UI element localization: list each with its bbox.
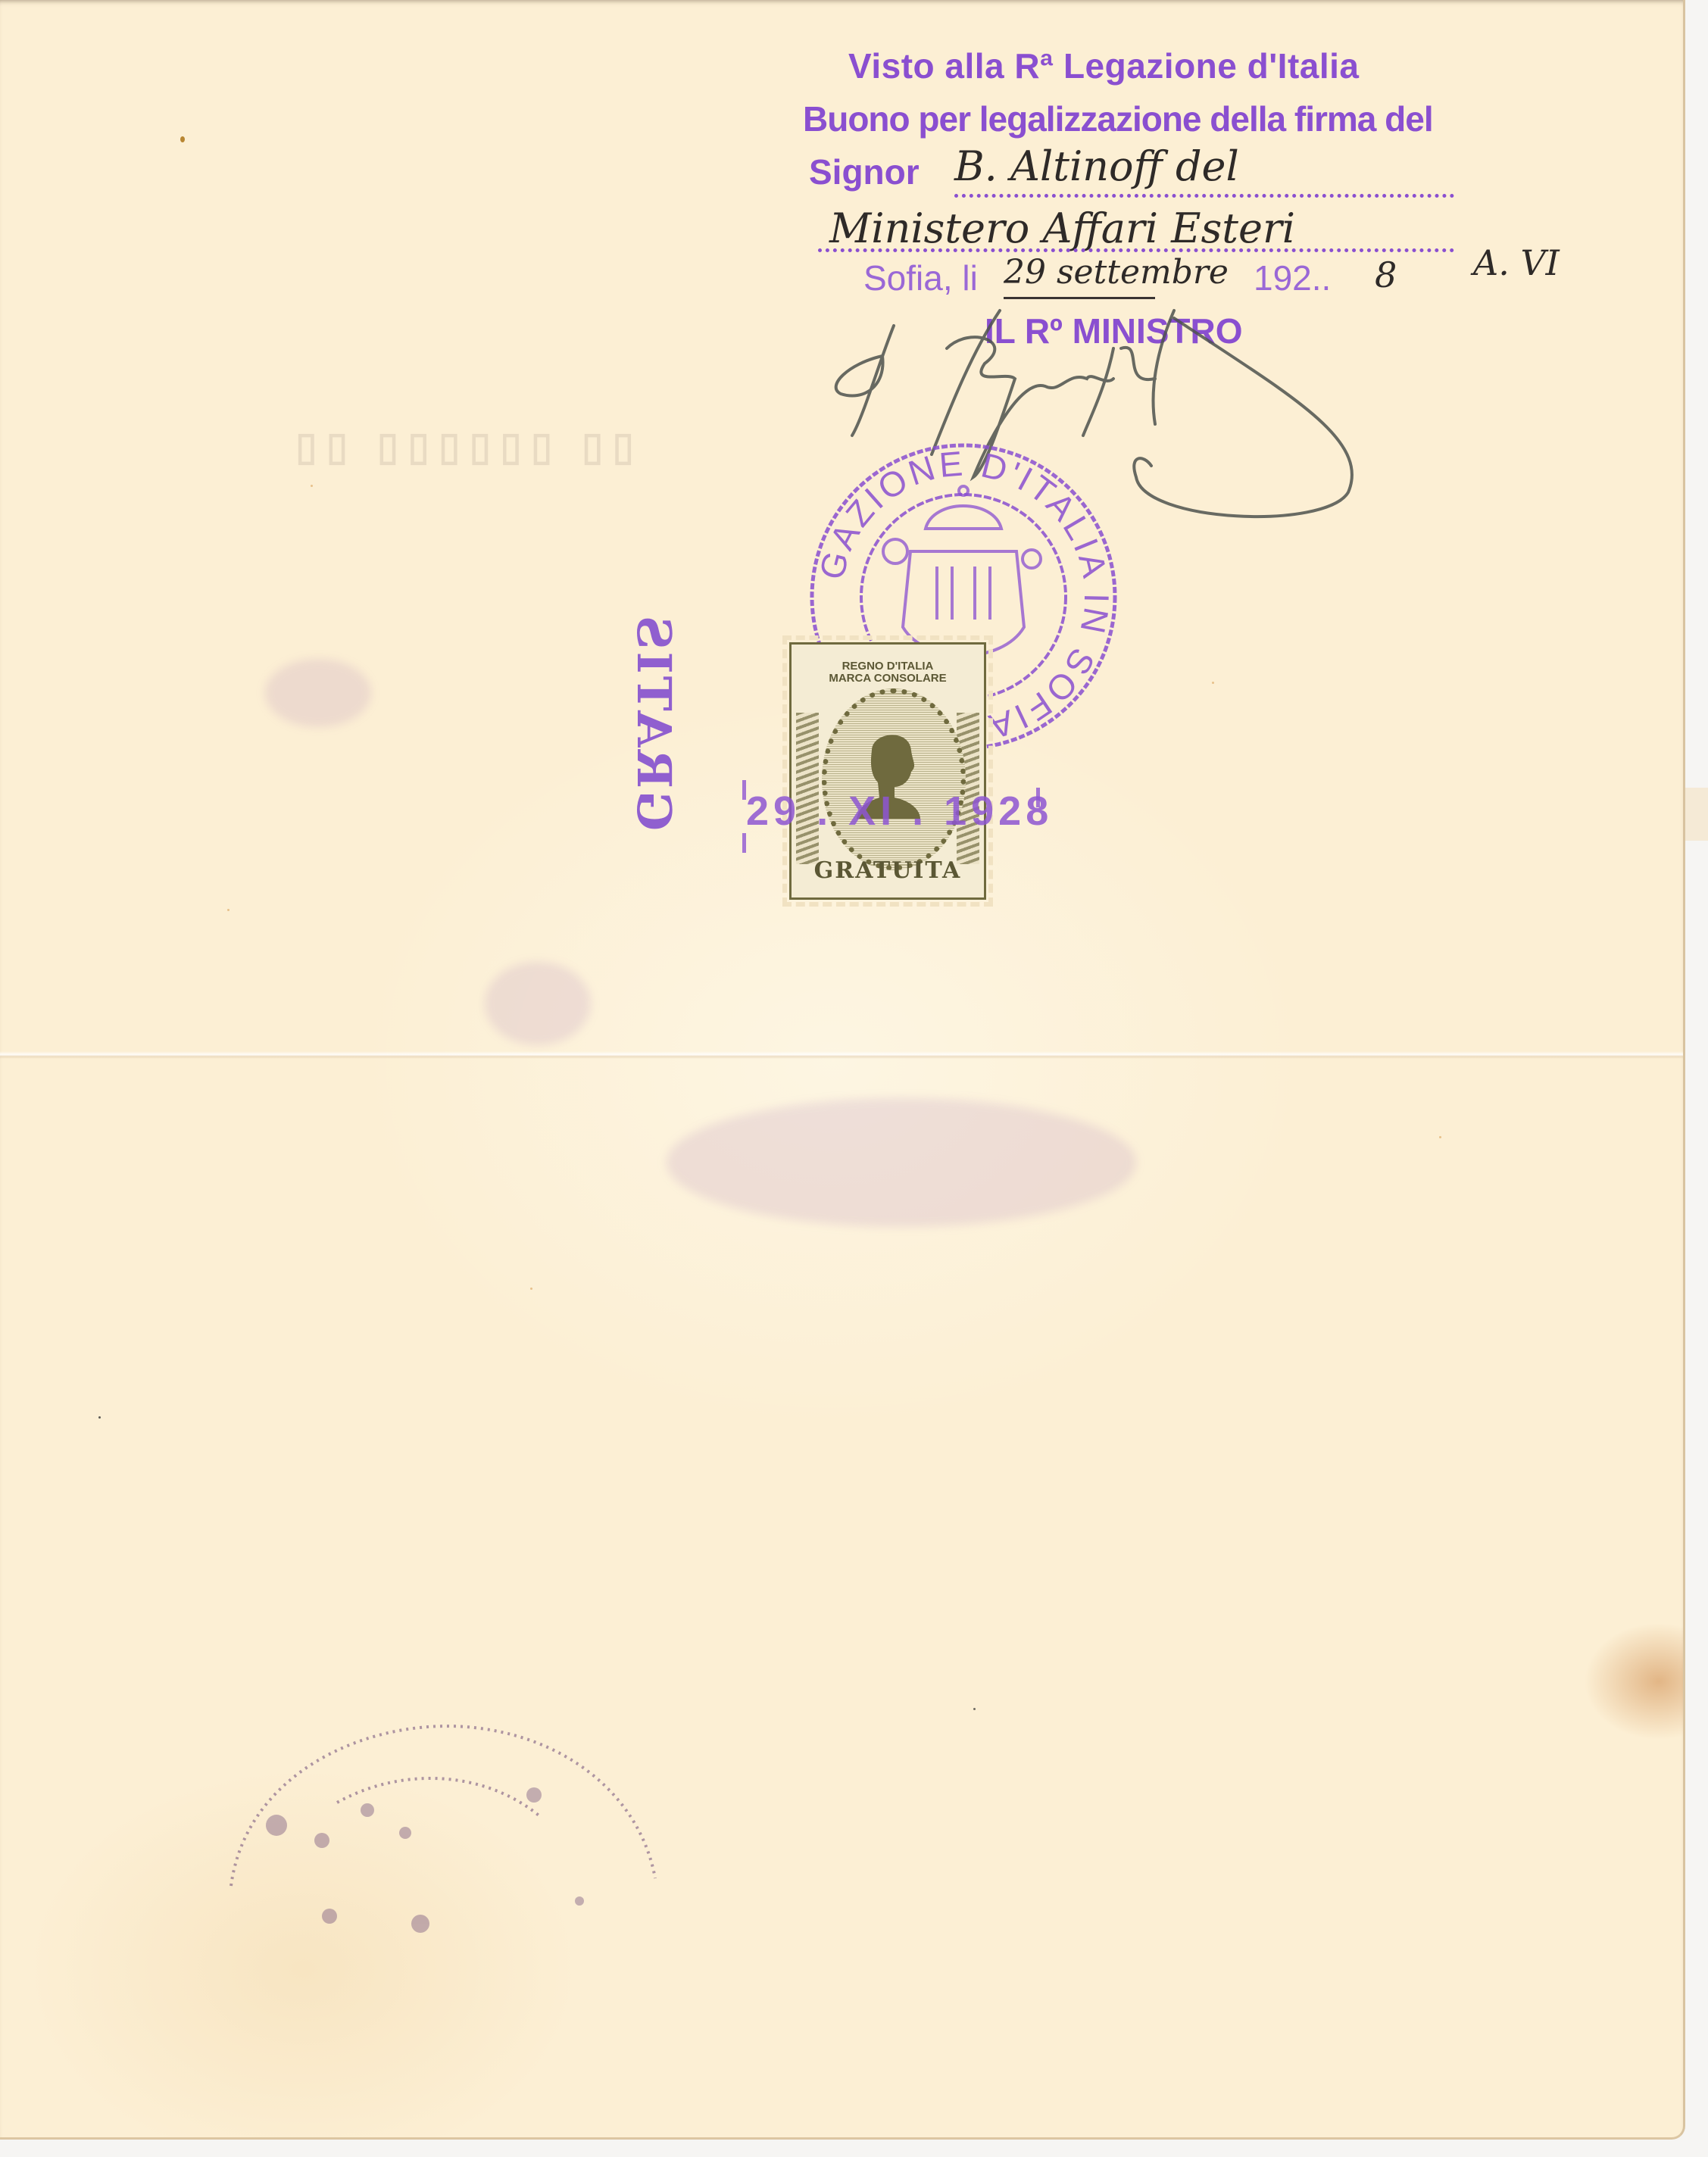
- date-underline: [1004, 297, 1155, 299]
- dotted-rule: [818, 248, 1454, 252]
- handwritten-name: B. Altinoff del: [954, 142, 1239, 190]
- cancel-tick: [742, 833, 746, 853]
- faded-circular-seal: [216, 1712, 670, 1999]
- dotted-rule: [954, 194, 1454, 198]
- handwritten-year-digit: 8: [1375, 254, 1397, 295]
- stain-speck: [530, 1288, 532, 1290]
- ink-smudge: [667, 1098, 1136, 1227]
- visa-line-1: Visto alla Rª Legazione d'Italia: [848, 45, 1360, 86]
- handwritten-era: A. VI: [1473, 242, 1560, 283]
- handwritten-date: 29 settembre: [1004, 253, 1229, 292]
- visa-line-2: Buono per legalizzazione della firma del: [803, 98, 1433, 139]
- ink-smudge: [265, 659, 371, 727]
- ink-smudge: [485, 962, 591, 1045]
- stamp-header-kingdom: REGNO D'ITALIA: [792, 660, 984, 673]
- stain-speck: [227, 909, 230, 911]
- handwritten-ministry: Ministero Affari Esteri: [829, 204, 1295, 252]
- stamp-header-consular: MARCA CONSOLARE: [792, 672, 984, 685]
- document-page: ▯▯ ▯▯▯▯▯▯ ▯▯ Visto alla Rª Legazione d'I…: [0, 0, 1685, 2140]
- stain-speck: [311, 485, 313, 487]
- stain-speck: [1439, 1136, 1441, 1138]
- visa-place-label: Sofia, li: [863, 258, 978, 298]
- gratis-stamp: GRATIS: [632, 612, 675, 832]
- coat-of-arms-icon: [883, 486, 1041, 656]
- visa-year-printed: 192..: [1254, 258, 1331, 298]
- fold-crease: [0, 1051, 1683, 1059]
- stamp-value-gratuita: GRATUITA: [792, 857, 984, 884]
- stain-speck: [180, 136, 185, 142]
- stain-speck: [98, 1416, 101, 1419]
- stain-speck: [1212, 682, 1214, 684]
- consular-revenue-stamp: REGNO D'ITALIA MARCA CONSOLARE GRATUITA: [789, 642, 986, 900]
- show-through-text: ▯▯ ▯▯▯▯▯▯ ▯▯: [295, 424, 643, 470]
- visa-signor-label: Signor: [809, 151, 920, 192]
- date-cancel-stamp: 29 . XI . 1928: [746, 788, 1053, 835]
- stain-speck: [973, 1708, 976, 1710]
